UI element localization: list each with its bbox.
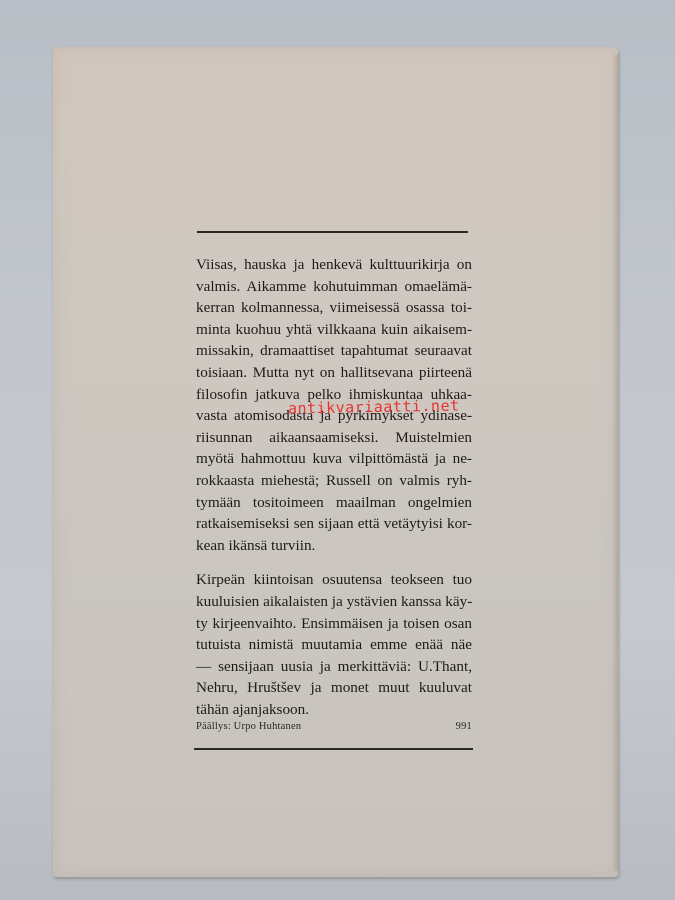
watermark-text: antikvariaatti.net xyxy=(288,397,460,418)
text-line: kuuluisien aikalaisten ja ystävien kanss… xyxy=(196,591,472,613)
cover-credit-row: Päällys: Urpo Huhtanen 991 xyxy=(196,721,472,732)
text-line: — sensijaan uusia ja merkittäviä: U.Than… xyxy=(196,656,472,678)
text-line: valmis. Aikamme kohutuimman omaelämä- xyxy=(196,276,472,298)
bottom-rule-divider xyxy=(194,748,473,750)
blurb-paragraph-2: Kirpeän kiintoisan osuutensa teokseen tu… xyxy=(196,569,472,720)
text-line: toisiaan. Mutta nyt on hallitsevana piir… xyxy=(196,362,472,384)
text-line: minta kuohuu yhtä vilkkaana kuin aikaise… xyxy=(196,319,472,341)
text-line: Nehru, Hruštšev ja monet muut kuuluvat xyxy=(196,677,472,699)
text-line: myötä hahmottuu kuva vilpittömästä ja ne… xyxy=(196,448,472,470)
blurb-text: Viisas, hauska ja henkevä kulttuurikirja… xyxy=(196,254,472,720)
text-line: tutuista nimistä muutamia emme enää näe xyxy=(196,634,472,656)
text-line: rokkaasta miehestä; Russell on valmis ry… xyxy=(196,470,472,492)
text-line: Viisas, hauska ja henkevä kulttuurikirja… xyxy=(196,254,472,276)
text-line: kean ikänsä turviin. xyxy=(196,535,472,557)
text-line: tähän ajanjaksoon. xyxy=(196,699,472,721)
text-line: missakin, dramaattiset tapahtumat seuraa… xyxy=(196,340,472,362)
cover-designer-credit: Päällys: Urpo Huhtanen xyxy=(196,721,301,732)
text-line: ty kirjeenvaihto. Ensimmäisen ja toisen … xyxy=(196,613,472,635)
text-line: tymään tositoimeen maailman ongelmien xyxy=(196,492,472,514)
text-line: ratkaisemiseksi sen sijaan että vetäytyi… xyxy=(196,513,472,535)
top-rule-divider xyxy=(197,231,468,233)
text-line: kerran kolmannessa, viimeisessä osassa t… xyxy=(196,297,472,319)
text-line: riisunnan aikaansaamiseksi. Muistelmien xyxy=(196,427,472,449)
code-number: 991 xyxy=(456,721,472,732)
text-line: Kirpeän kiintoisan osuutensa teokseen tu… xyxy=(196,569,472,591)
